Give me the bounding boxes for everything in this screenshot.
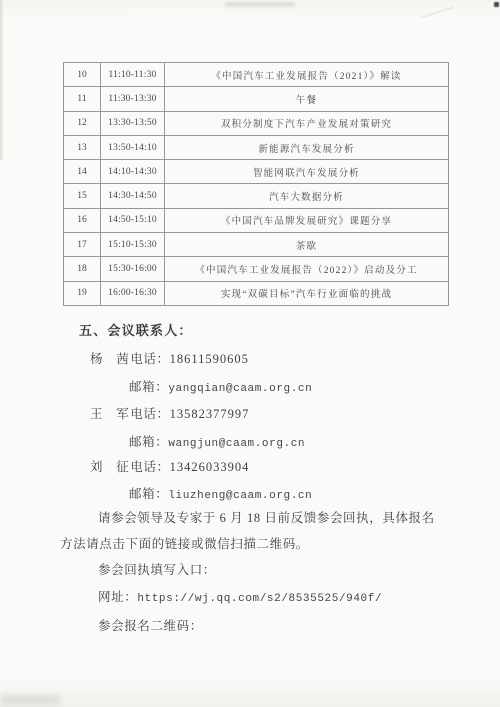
- agenda-no: 11: [64, 87, 101, 111]
- document-page: 10 11:10-11:30 《中国汽车工业发展报告（2021）》解读 11 1…: [0, 0, 500, 707]
- reply-url-line: 网址：https://wj.qq.com/s2/8535525/940f/: [98, 587, 382, 605]
- agenda-no: 10: [64, 63, 101, 87]
- table-row: 16 14:50-15:10 《中国汽车品牌发展研究》课题分享: [64, 208, 449, 232]
- agenda-time: 16:00-16:30: [101, 281, 165, 305]
- phone-number: 18611590605: [170, 352, 249, 366]
- agenda-item: 智能网联汽车发展分析: [165, 160, 449, 184]
- agenda-no: 18: [64, 257, 101, 281]
- contact-email-line: 邮箱：wangjun@caam.org.cn: [129, 432, 305, 450]
- agenda-no: 15: [64, 184, 101, 208]
- reply-paragraph-line2: 方法请点击下面的链接或微信扫描二维码。: [60, 534, 309, 552]
- agenda-item: 午餐: [165, 87, 449, 111]
- email-label: 邮箱：: [129, 435, 168, 449]
- reply-paragraph-line1: 请参会领导及专家于 6 月 18 日前反馈参会回执，具体报名: [98, 508, 435, 526]
- agenda-table: 10 11:10-11:30 《中国汽车工业发展报告（2021）》解读 11 1…: [63, 62, 449, 306]
- table-row: 17 15:10-15:30 茶歇: [64, 233, 449, 257]
- phone-label: 电话：: [130, 460, 169, 474]
- phone-label: 电话：: [130, 352, 169, 366]
- scan-artifact-line: [421, 7, 454, 18]
- reply-entry-label: 参会回执填写入口：: [98, 560, 216, 578]
- contact-phone-line: 刘 征电话：13426033904: [90, 457, 249, 475]
- agenda-time: 13:30-13:50: [101, 111, 165, 135]
- table-row: 18 15:30-16:00 《中国汽车工业发展报告（2022）》启动及分工: [64, 257, 449, 281]
- phone-label: 电话：: [130, 407, 169, 421]
- scan-artifact-corner: [494, 2, 499, 7]
- agenda-time: 11:10-11:30: [101, 63, 165, 87]
- scan-smudge-top: [225, 3, 295, 6]
- scan-edge-shadow: [0, 0, 4, 160]
- contact-phone-line: 王 军电话：13582377997: [90, 404, 249, 422]
- agenda-time: 14:50-15:10: [101, 208, 165, 232]
- section-heading-contacts: 五、会议联系人：: [79, 320, 193, 339]
- agenda-item: 汽车大数据分析: [165, 184, 449, 208]
- table-row: 15 14:30-14:50 汽车大数据分析: [64, 184, 449, 208]
- table-row: 12 13:30-13:50 双积分制度下汽车产业发展对策研究: [64, 111, 449, 135]
- phone-number: 13582377997: [170, 407, 250, 421]
- agenda-no: 16: [64, 208, 101, 232]
- email-label: 邮箱：: [129, 487, 168, 501]
- agenda-item: 双积分制度下汽车产业发展对策研究: [165, 111, 449, 135]
- agenda-item: 《中国汽车工业发展报告（2021）》解读: [165, 63, 449, 87]
- email-address: liuzheng@caam.org.cn: [168, 490, 312, 502]
- contact-name: 王 军: [90, 404, 129, 422]
- scan-smudge-bottom: [0, 695, 60, 705]
- agenda-time: 14:10-14:30: [101, 160, 165, 184]
- table-row: 10 11:10-11:30 《中国汽车工业发展报告（2021）》解读: [64, 63, 449, 87]
- agenda-item: 茶歇: [165, 233, 449, 257]
- agenda-no: 14: [64, 160, 101, 184]
- email-address: wangjun@caam.org.cn: [168, 438, 305, 450]
- agenda-item: 《中国汽车品牌发展研究》课题分享: [165, 208, 449, 232]
- agenda-no: 17: [64, 233, 101, 257]
- contact-email-line: 邮箱：liuzheng@caam.org.cn: [129, 484, 312, 502]
- agenda-time: 15:10-15:30: [101, 233, 165, 257]
- contact-phone-line: 杨 茜电话：18611590605: [90, 349, 249, 367]
- registration-url: https://wj.qq.com/s2/8535525/940f/: [137, 593, 382, 605]
- url-label: 网址：: [98, 590, 137, 604]
- table-row: 19 16:00-16:30 实现“双碳目标”汽车行业面临的挑战: [64, 281, 449, 305]
- table-row: 13 13:50-14:10 新能源汽车发展分析: [64, 135, 449, 159]
- table-row: 11 11:30-13:30 午餐: [64, 87, 449, 111]
- agenda-no: 12: [64, 111, 101, 135]
- agenda-time: 14:30-14:50: [101, 184, 165, 208]
- email-label: 邮箱：: [129, 380, 168, 394]
- phone-number: 13426033904: [170, 460, 250, 474]
- agenda-time: 11:30-13:30: [101, 87, 165, 111]
- agenda-no: 19: [64, 281, 101, 305]
- agenda-item: 新能源汽车发展分析: [165, 135, 449, 159]
- contact-email-line: 邮箱：yangqian@caam.org.cn: [129, 377, 312, 395]
- contact-name: 刘 征: [90, 457, 129, 475]
- email-address: yangqian@caam.org.cn: [168, 383, 312, 395]
- contact-name: 杨 茜: [90, 349, 129, 367]
- agenda-time: 13:50-14:10: [101, 135, 165, 159]
- agenda-item: 《中国汽车工业发展报告（2022）》启动及分工: [165, 257, 449, 281]
- qr-code-label: 参会报名二维码：: [98, 616, 203, 634]
- agenda-time: 15:30-16:00: [101, 257, 165, 281]
- table-row: 14 14:10-14:30 智能网联汽车发展分析: [64, 160, 449, 184]
- agenda-no: 13: [64, 135, 101, 159]
- agenda-item: 实现“双碳目标”汽车行业面临的挑战: [165, 281, 449, 305]
